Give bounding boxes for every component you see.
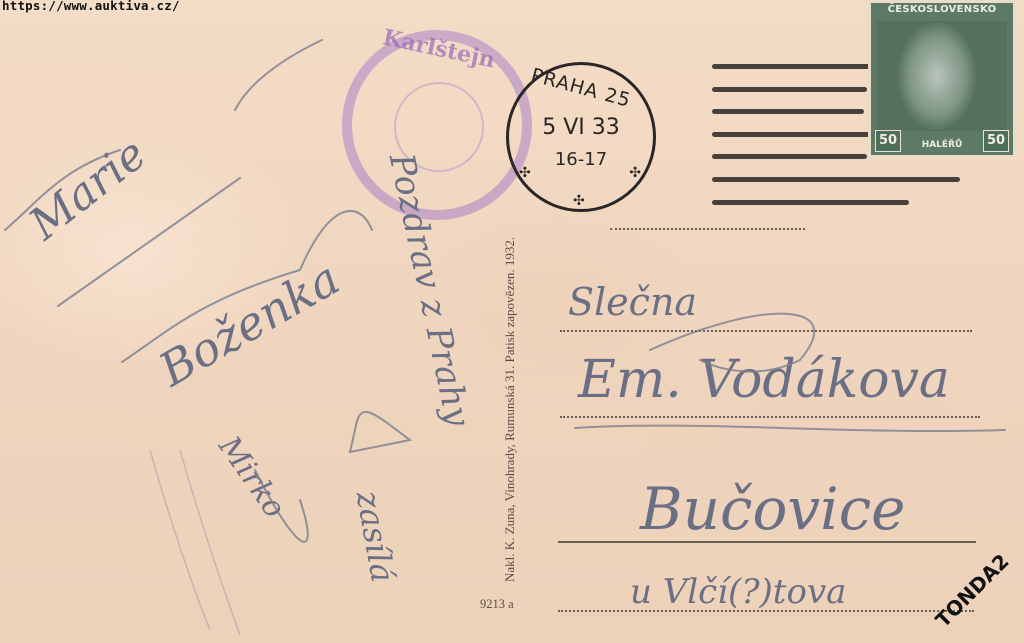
postcard-back: https://www.auktiva.cz/ Karlštejn ČESKOS…	[0, 0, 1024, 643]
pencil-strokes	[0, 0, 1024, 643]
